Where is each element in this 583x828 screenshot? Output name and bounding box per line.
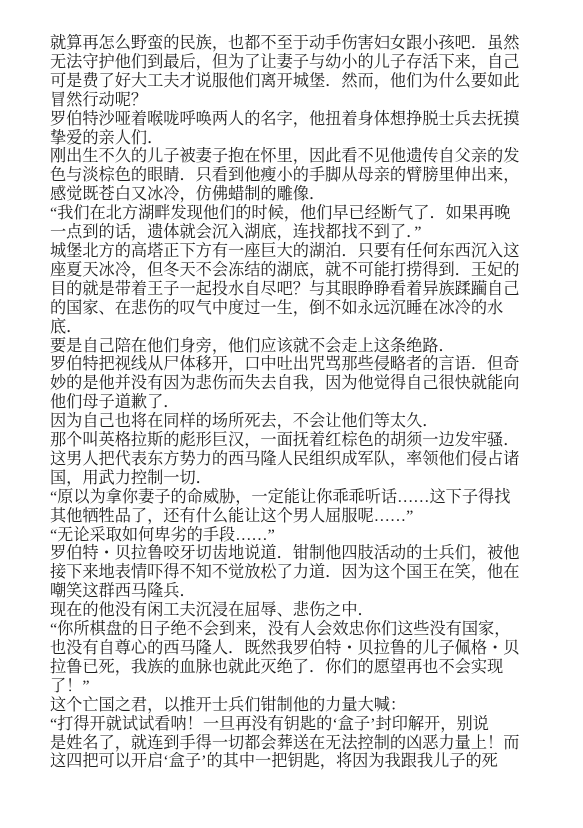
text-line: 一点到的话，遗体就会沉入湖底，连找都找不到了．” [50, 223, 524, 242]
text-line: 他们母子道歉了． [50, 393, 524, 412]
text-line: 要是自己陪在他们身旁，他们应该就不会走上这条绝路． [50, 337, 524, 356]
text-line: 城堡北方的高塔正下方有一座巨大的湖泊．只要有任何东西沉入这 [50, 242, 524, 261]
text-line: 可是费了好大工夫才说服他们离开城堡．然而，他们为什么要如此 [50, 72, 524, 91]
text-line: 就算再怎么野蛮的民族，也都不至于动手伤害妇女跟小孩吧．虽然 [50, 34, 524, 53]
text-line: 国，用武力控制一切． [50, 469, 524, 488]
text-line: “我们在北方湖畔发现他们的时候，他们早已经断气了．如果再晚 [50, 204, 524, 223]
text-line: 妙的是他并没有因为悲伤而失去自我，因为他觉得自己很快就能向 [50, 374, 524, 393]
text-line: 罗伯特把视线从尸体移开，口中吐出咒骂那些侵略者的言语．但奇 [50, 355, 524, 374]
text-line: 目的就是带着王子一起投水自尽吧？与其眼睁睁看着异族蹂躏自己 [50, 280, 524, 299]
text-line: 拉鲁已死，我族的血脉也就此灭绝了．你们的愿望再也不会实现 [50, 658, 524, 677]
text-line: 这个亡国之君，以推开士兵们钳制他的力量大喊： [50, 696, 524, 715]
text-line: 冒然行动呢？ [50, 91, 524, 110]
text-line: “原以为拿你妻子的命威胁，一定能让你乖乖听话……这下子得找 [50, 488, 524, 507]
text-line: “你所棋盘的日子绝不会到来，没有人会效忠你们这些没有国家， [50, 620, 524, 639]
text-line: “无论采取如何卑劣的手段……” [50, 526, 524, 545]
text-line: 嘲笑这群西马隆兵． [50, 582, 524, 601]
text-line: 因为自己也将在同样的场所死去，不会让他们等太久． [50, 412, 524, 431]
text-line: 罗伯特・贝拉鲁咬牙切齿地说道．钳制他四肢活动的士兵们，被他 [50, 544, 524, 563]
text-line: 这四把可以开启‘盒子’的其中一把钥匙，将因为我跟我儿子的死 [50, 752, 524, 771]
text-line: 接下来地表情吓得不知不觉放松了力道．因为这个国王在笑，他在 [50, 563, 524, 582]
text-line: 那个叫英格拉斯的彪形巨汉，一面抚着红棕色的胡须一边发牢骚． [50, 431, 524, 450]
text-line: 刚出生不久的儿子被妻子抱在怀里，因此看不见他遗传自父亲的发 [50, 147, 524, 166]
text-line: 挚爱的亲人们． [50, 129, 524, 148]
text-line: 了！” [50, 677, 524, 696]
text-line: 底． [50, 318, 524, 337]
text-line: 座夏天冰冷，但冬天不会冻结的湖底，就不可能打捞得到．王妃的 [50, 261, 524, 280]
document-page: 就算再怎么野蛮的民族，也都不至于动手伤害妇女跟小孩吧．虽然 无法守护他们到最后，… [50, 34, 524, 771]
text-line: 现在的他没有闲工夫沉浸在屈辱、悲伤之中． [50, 601, 524, 620]
text-line: 其他牺牲品了，还有什么能让这个男人屈服呢……” [50, 507, 524, 526]
text-line: 感觉既苍白又冰冷，仿佛蜡制的雕像． [50, 185, 524, 204]
text-line: 是姓名了，就连到手得一切都会葬送在无法控制的凶恶力量上！而 [50, 734, 524, 753]
text-line: 无法守护他们到最后，但为了让妻子与幼小的儿子存活下来，自己 [50, 53, 524, 72]
text-line: 色与淡棕色的眼睛．只看到他瘦小的手脚从母亲的臂膀里伸出来， [50, 166, 524, 185]
text-line: “打得开就试试看呐！一旦再没有钥匙的‘盒子’封印解开，别说 [50, 715, 524, 734]
text-line: 也没有自尊心的西马隆人．既然我罗伯特・贝拉鲁的儿子佩格・贝 [50, 639, 524, 658]
text-line: 罗伯特沙哑着喉咙呼唤两人的名字，他扭着身体想挣脱士兵去抚摸 [50, 110, 524, 129]
text-line: 的国家、在悲伤的叹气中度过一生，倒不如永远沉睡在冰冷的水 [50, 299, 524, 318]
text-line: 这男人把代表东方势力的西马隆人民组织成军队，率领他们侵占诸 [50, 450, 524, 469]
